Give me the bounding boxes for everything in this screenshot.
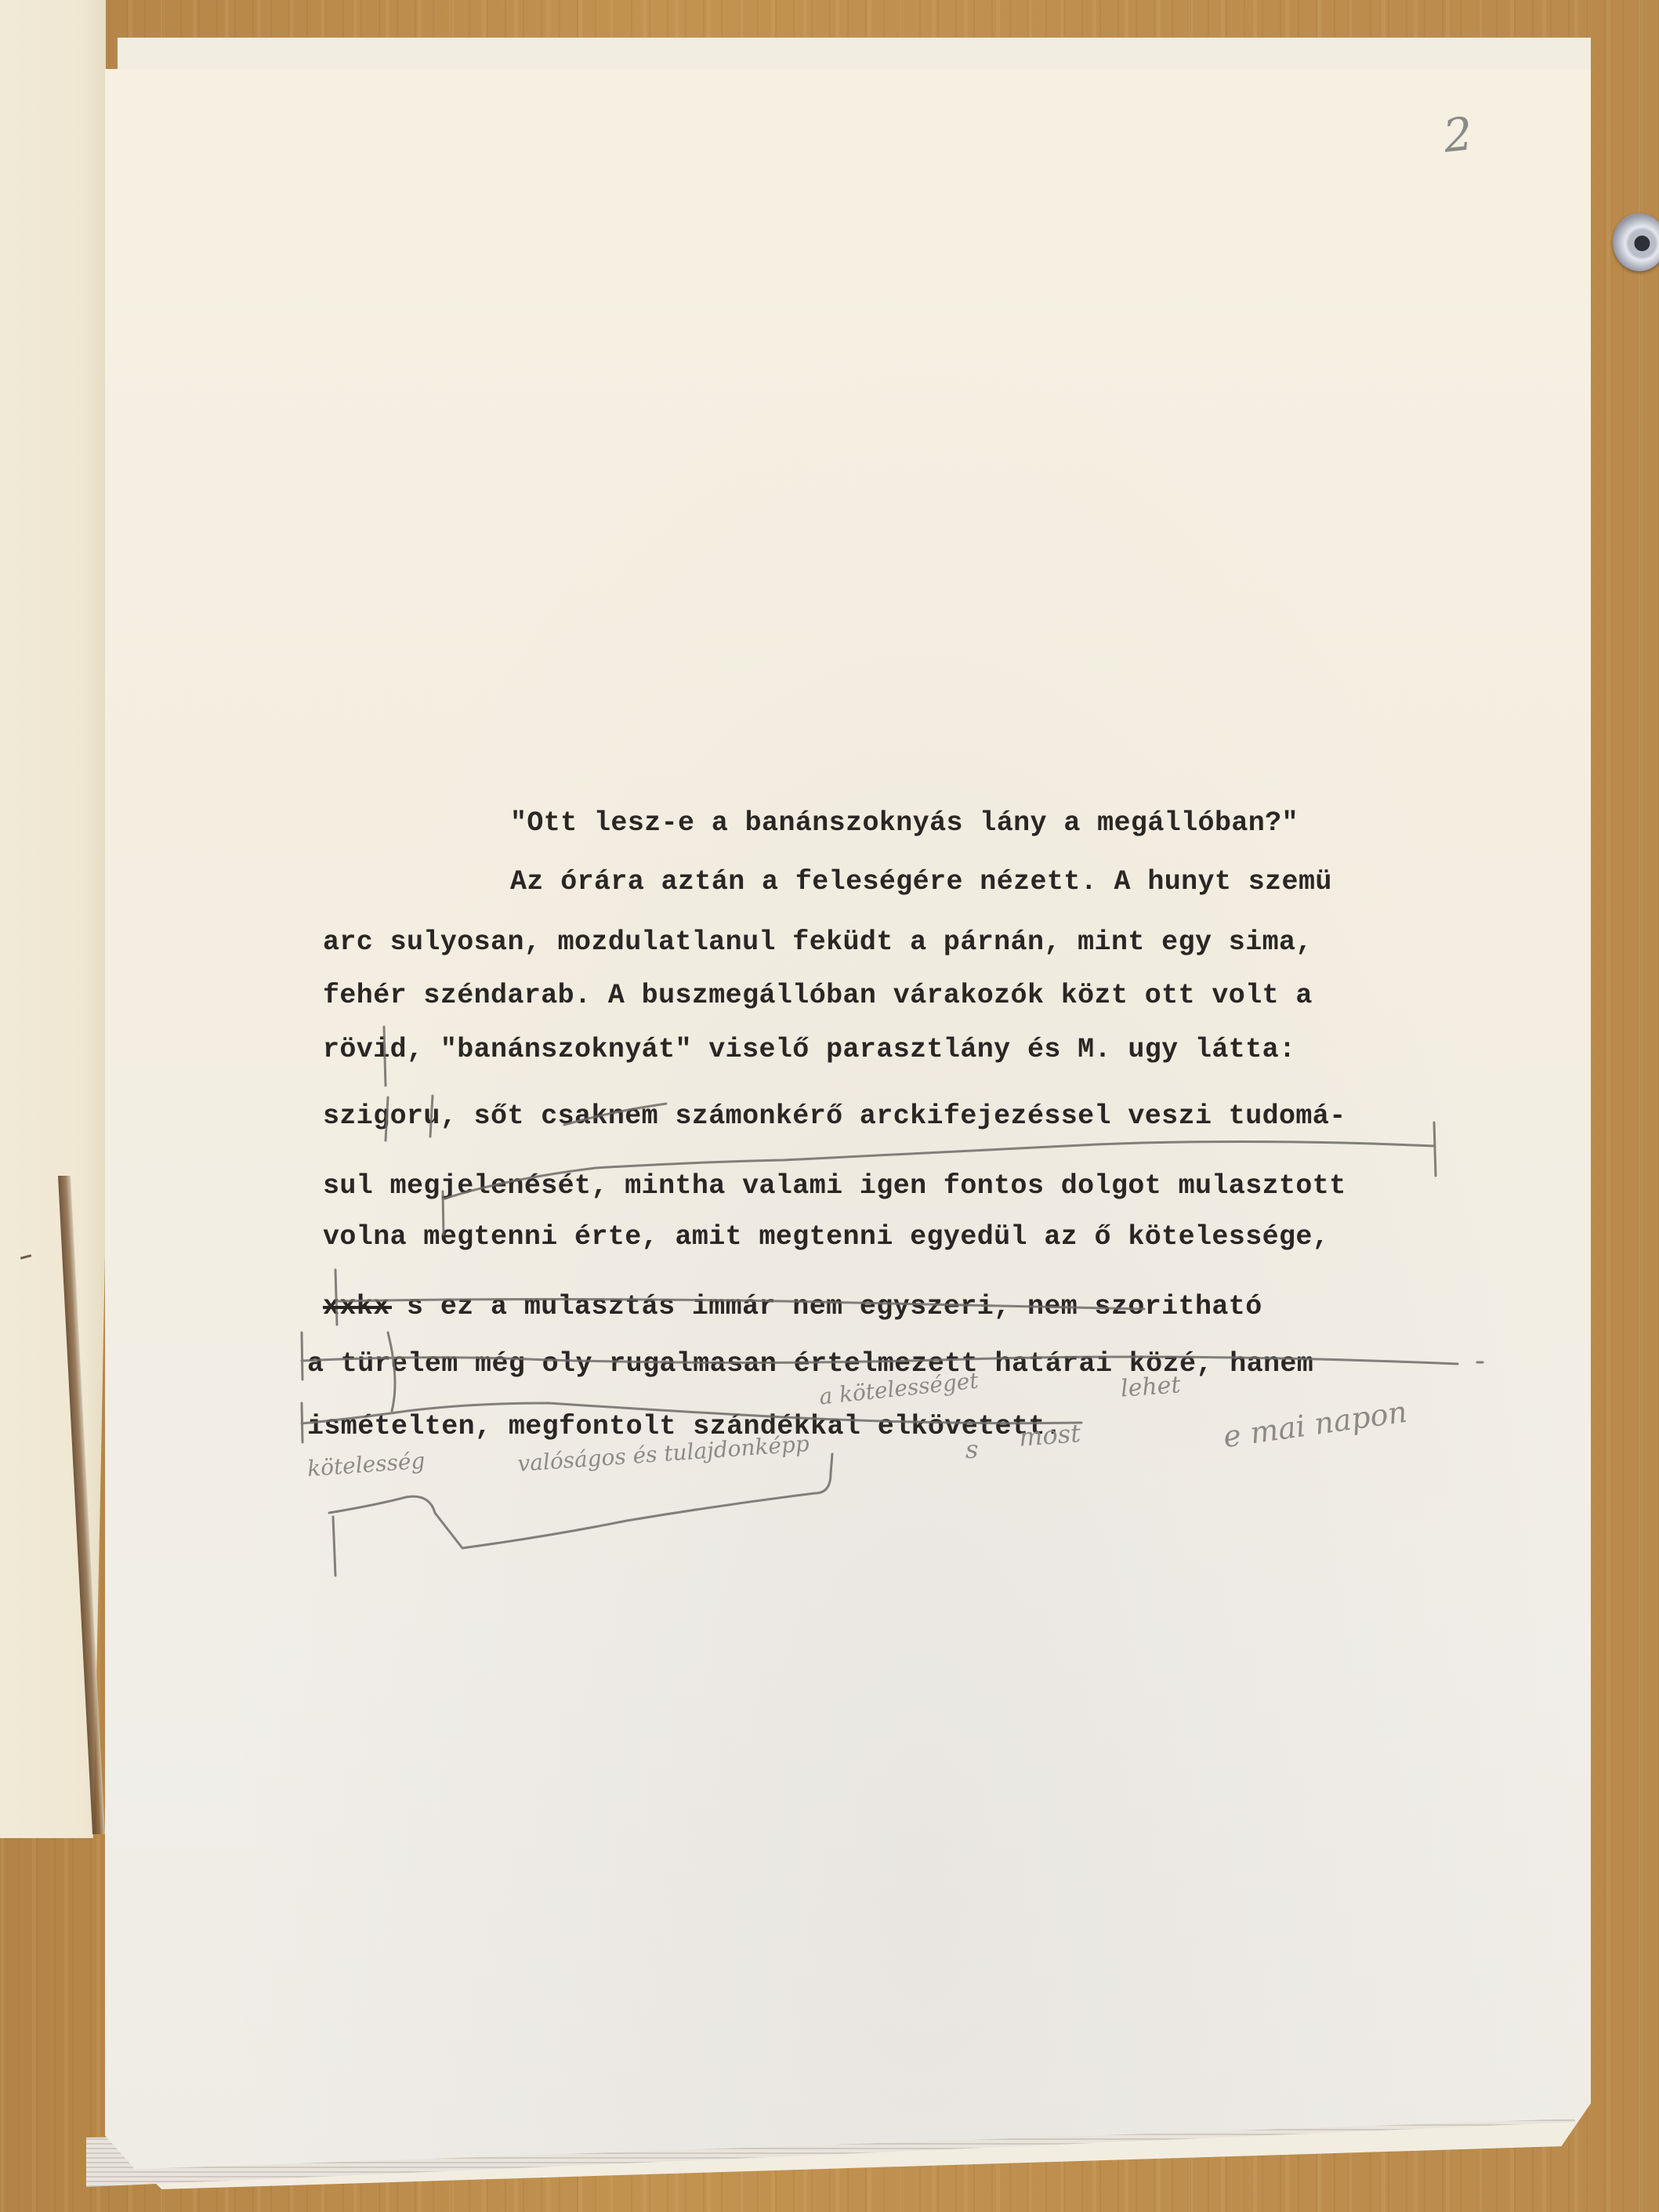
typed-line-11: ismételten, megfontolt szándékkal elköve…	[307, 1413, 1062, 1441]
typed-line-5: rövid, "banánszoknyát" viselő parasztlán…	[323, 1036, 1295, 1064]
typed-line-2: Az órára aztán a feleségére nézett. A hu…	[510, 868, 1332, 896]
typed-line-3: arc sulyosan, mozdulatlanul feküdt a pár…	[323, 929, 1313, 956]
grommet-rivet	[1613, 213, 1659, 271]
pencil-note-most: most	[1018, 1418, 1081, 1452]
typed-line-4: fehér széndarab. A buszmegállóban várako…	[323, 982, 1313, 1010]
typed-line-6: szigoru, sőt csaknem számonkérő arckifej…	[323, 1103, 1346, 1130]
page-number: 2	[1441, 107, 1476, 162]
pencil-note-lehet: lehet	[1120, 1371, 1182, 1402]
typed-line-8: volna megtenni érte, amit megtenni egyed…	[323, 1224, 1329, 1251]
typed-line-1: "Ott lesz-e a banánszoknyás lány a megál…	[510, 810, 1299, 837]
typed-line-7: sul megjelenését, mintha valami igen fon…	[323, 1173, 1346, 1200]
typed-line-9: xxkx s ez a mulasztás immár nem egyszeri…	[323, 1293, 1262, 1321]
pencil-note-s: s	[965, 1434, 978, 1464]
typed-text-block: "Ott lesz-e a banánszoknyás lány a megál…	[0, 0, 34, 329]
